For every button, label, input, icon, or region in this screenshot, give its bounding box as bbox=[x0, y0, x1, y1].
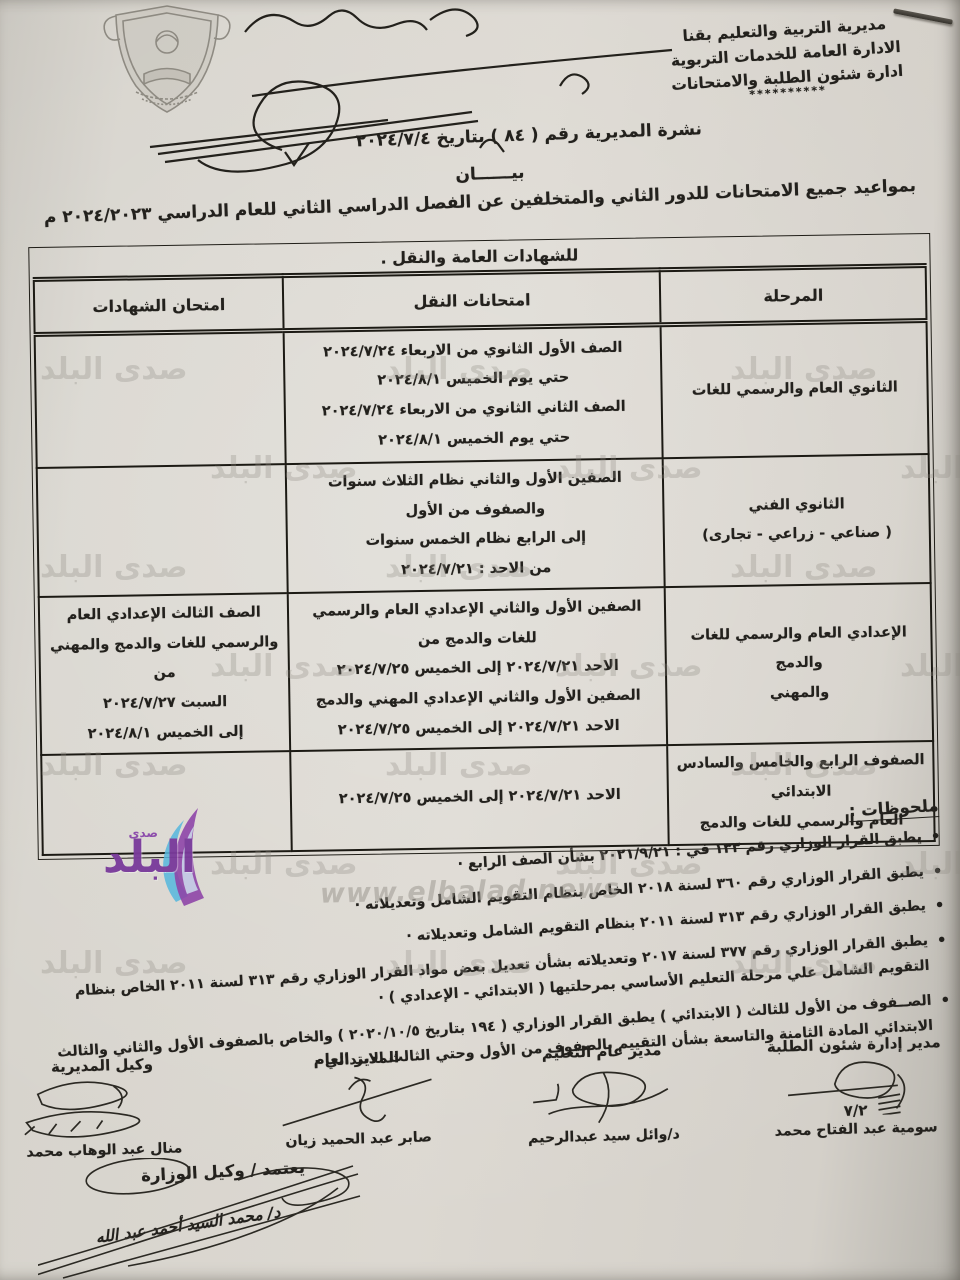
table-row: الثانوي العام والرسمي للغات الصف الأول ا… bbox=[35, 321, 929, 468]
approval-signature bbox=[38, 1158, 378, 1280]
signature-title: المدير العام bbox=[313, 1048, 399, 1068]
bullet-icon: • bbox=[940, 987, 951, 1013]
handwritten-signature bbox=[527, 1058, 679, 1128]
cell-transfer-3: الصفين الأول والثاني الإعدادي العام والر… bbox=[288, 587, 668, 751]
header-certificate-exams: امتحان الشهادات bbox=[34, 276, 284, 335]
ministry-crest-emblem bbox=[92, 0, 242, 120]
handwritten-date-mark: ٧/٢ bbox=[843, 1101, 867, 1120]
signature-students-affairs-director: مدير إدارة شئون الطلبة ٧/٢ سومية عبد الف… bbox=[767, 1033, 944, 1140]
exam-schedule-table: للشهادات العامة والنقل . المرحلة امتحانا… bbox=[28, 233, 940, 860]
header-stage: المرحلة bbox=[660, 266, 926, 325]
bullet-icon: • bbox=[930, 824, 941, 850]
cell-transfer-1: الصف الأول الثانوي من الاربعاء ٢٠٢٤/٧/٢٤… bbox=[284, 325, 663, 464]
signature-general-manager: المدير العام صابر عبد الحميد زيان bbox=[276, 1047, 439, 1153]
approval-block: يعتمد / وكيل الوزارة د/ محمد السيد أحمد … bbox=[38, 1158, 378, 1280]
bulletin-ref-line: نشرة المديرية رقم ( ٨٤ ) بتاريخ ٢٠٢٤/٧/٤ bbox=[320, 119, 702, 152]
signature-name: سومية عبد الفتاح محمد bbox=[774, 1119, 937, 1140]
cell-stage-1: الثانوي العام والرسمي للغات bbox=[661, 321, 929, 459]
document-content: مديرية التربية والتعليم بقنا الادارة الع… bbox=[0, 0, 960, 1280]
letterhead: مديرية التربية والتعليم بقنا الادارة الع… bbox=[634, 9, 938, 106]
header-transfer-exams: امتحانات النقل bbox=[283, 270, 661, 331]
handwritten-signature bbox=[277, 1065, 439, 1131]
scanned-document: { "letterhead": { "org_line1": "مديرية ا… bbox=[0, 0, 960, 1280]
cell-stage-3: الإعدادي العام والرسمي للغات والدمج والم… bbox=[665, 583, 933, 746]
cell-transfer-2: الصفين الأول والثاني نظام الثلاث سنوات و… bbox=[286, 458, 665, 593]
bullet-icon: • bbox=[934, 893, 945, 919]
table-row: الثانوي الفني ( صناعي - زراعي - تجارى) ا… bbox=[37, 454, 931, 597]
cell-certificates-1 bbox=[35, 331, 286, 468]
statement-word: بيــــــان bbox=[390, 161, 591, 188]
table-row: الإعدادي العام والرسمي للغات والدمج والم… bbox=[39, 583, 933, 756]
bullet-icon: • bbox=[932, 858, 943, 884]
signature-directorate-deputy: وكيل المديرية منال عبد الوهاب محمد bbox=[17, 1054, 190, 1161]
cell-certificates-2 bbox=[37, 464, 288, 597]
cell-stage-2: الثانوي الفني ( صناعي - زراعي - تجارى) bbox=[663, 454, 931, 587]
signature-name: صابر عبد الحميد زيان bbox=[285, 1129, 432, 1149]
cell-certificates-3: الصف الثالث الإعدادي العام والرسمي للغات… bbox=[39, 593, 291, 755]
bullet-icon: • bbox=[936, 927, 947, 953]
signature-education-director-general: مدير عام التعليم د/وائل سيد عبدالرحيم bbox=[525, 1040, 680, 1146]
handwritten-signature bbox=[17, 1072, 189, 1143]
signature-name: د/وائل سيد عبدالرحيم bbox=[528, 1126, 680, 1146]
